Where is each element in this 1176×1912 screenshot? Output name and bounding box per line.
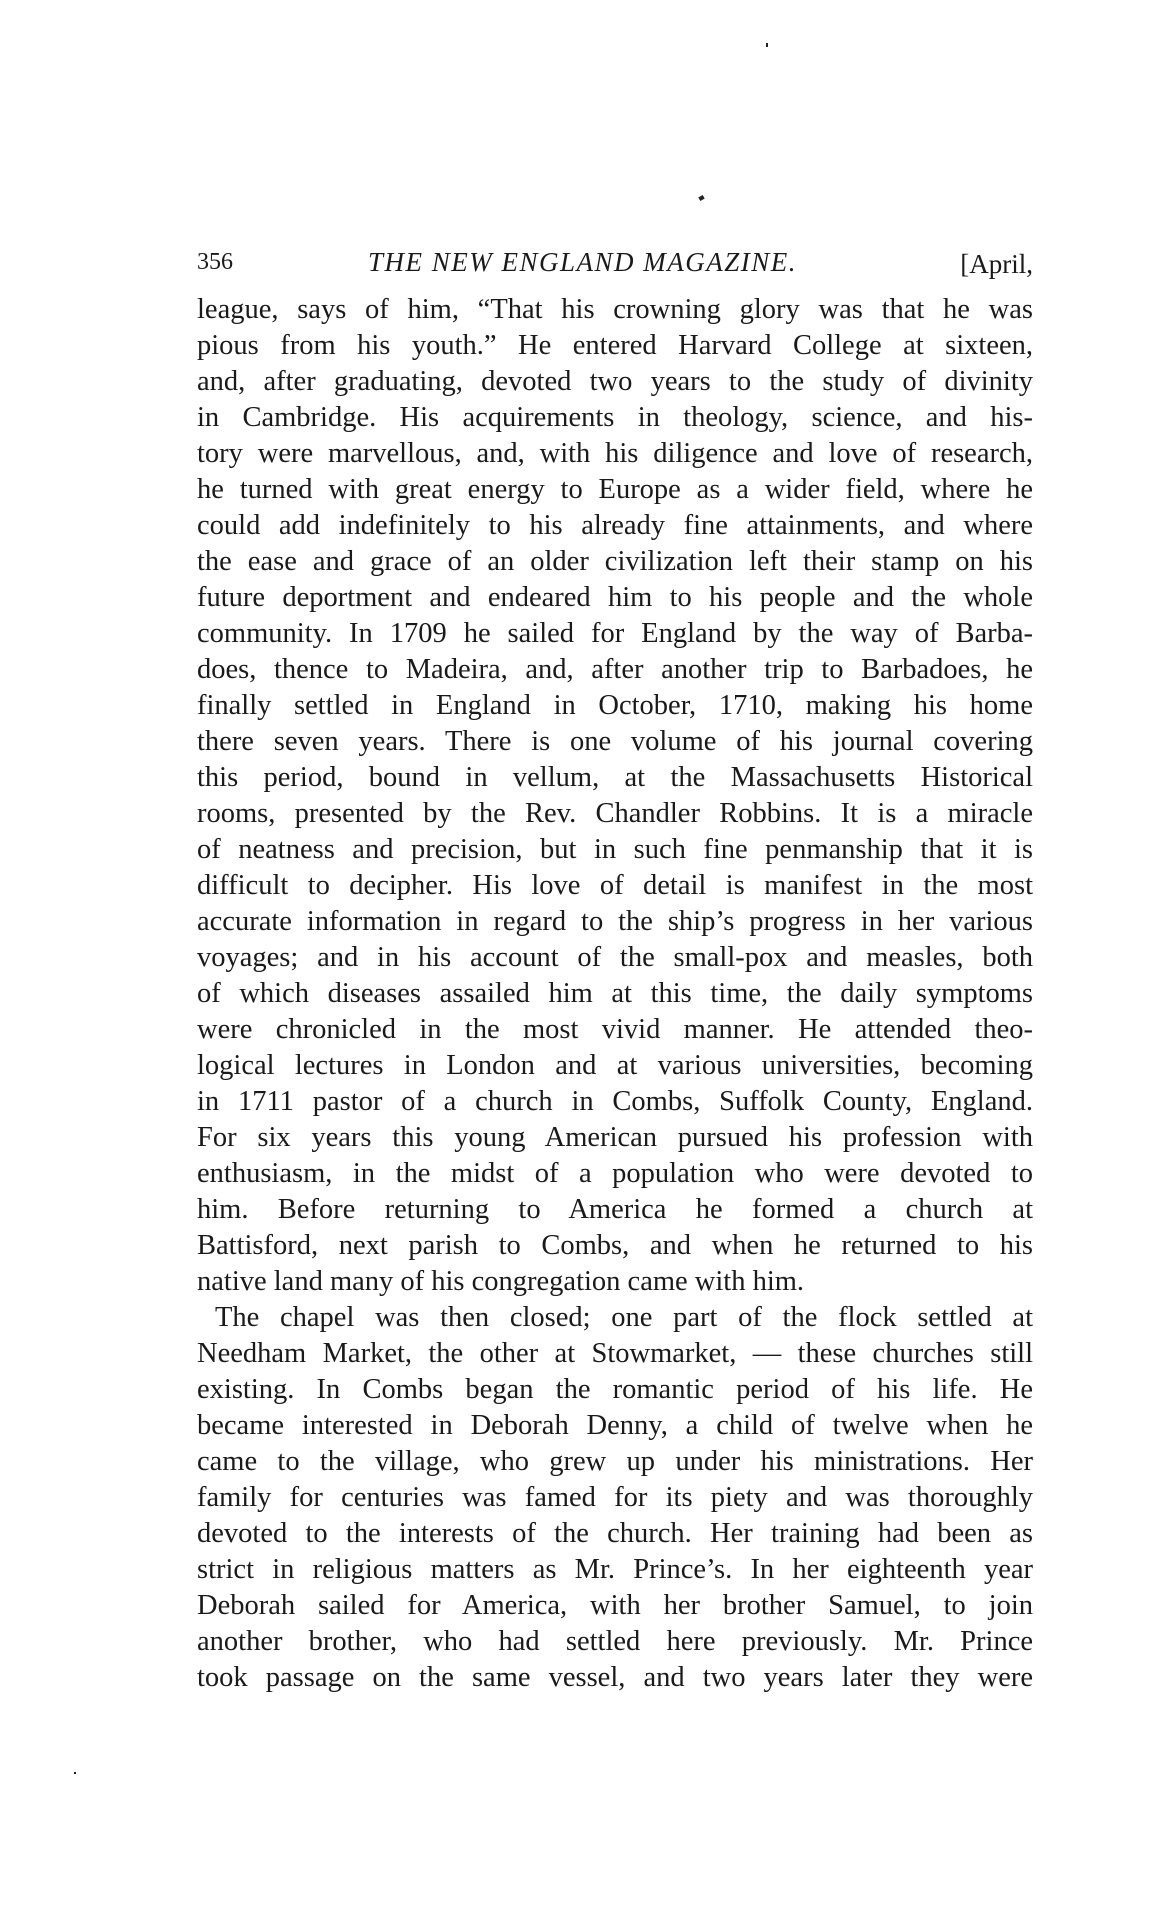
- text-line: in 1711 pastor of a church in Combs, Suf…: [197, 1084, 1033, 1120]
- text-line: and, after graduating, devoted two years…: [197, 364, 1033, 400]
- text-line: Battisford, next parish to Combs, and wh…: [197, 1228, 1033, 1264]
- paragraph: The chapel was then closed; one part of …: [197, 1300, 1033, 1696]
- text-line: tory were marvellous, and, with his dili…: [197, 436, 1033, 472]
- text-line: of which diseases assailed him at this t…: [197, 976, 1033, 1012]
- text-line: pious from his youth.” He entered Harvar…: [197, 328, 1033, 364]
- text-line: enthusiasm, in the midst of a population…: [197, 1156, 1033, 1192]
- text-line: future deportment and endeared him to hi…: [197, 580, 1033, 616]
- text-line: the ease and grace of an older civilizat…: [197, 544, 1033, 580]
- running-title: THE NEW ENGLAND MAGAZINE.: [368, 246, 797, 278]
- text-line: league, says of him, “That his crowning …: [197, 292, 1033, 328]
- text-line: does, thence to Madeira, and, after anot…: [197, 652, 1033, 688]
- text-line: existing. In Combs began the romantic pe…: [197, 1372, 1033, 1408]
- text-line: difficult to decipher. His love of detai…: [197, 868, 1033, 904]
- text-line: devoted to the interests of the church. …: [197, 1516, 1033, 1552]
- text-line: accurate information in regard to the sh…: [197, 904, 1033, 940]
- text-line: Deborah sailed for America, with her bro…: [197, 1588, 1033, 1624]
- article-body: league, says of him, “That his crowning …: [197, 292, 1033, 1696]
- scan-speck: [766, 43, 768, 47]
- scan-speck: [698, 195, 704, 201]
- text-line: another brother, who had settled here pr…: [197, 1624, 1033, 1660]
- text-line: The chapel was then closed; one part of …: [197, 1300, 1033, 1336]
- text-line: could add indefinitely to his already fi…: [197, 508, 1033, 544]
- text-line: finally settled in England in October, 1…: [197, 688, 1033, 724]
- text-line: he turned with great energy to Europe as…: [197, 472, 1033, 508]
- text-line: For six years this young American pursue…: [197, 1120, 1033, 1156]
- text-line: rooms, presented by the Rev. Chandler Ro…: [197, 796, 1033, 832]
- text-line: were chronicled in the most vivid manner…: [197, 1012, 1033, 1048]
- text-line: there seven years. There is one volume o…: [197, 724, 1033, 760]
- text-line: family for centuries was famed for its p…: [197, 1480, 1033, 1516]
- text-line: Needham Market, the other at Stowmarket,…: [197, 1336, 1033, 1372]
- text-line: strict in religious matters as Mr. Princ…: [197, 1552, 1033, 1588]
- text-line: native land many of his congregation cam…: [197, 1264, 1033, 1300]
- text-line: took passage on the same vessel, and two…: [197, 1660, 1033, 1696]
- scan-speck: [74, 1772, 76, 1774]
- text-line: became interested in Deborah Denny, a ch…: [197, 1408, 1033, 1444]
- page-header: 356 THE NEW ENGLAND MAGAZINE. [April,: [197, 246, 1033, 278]
- text-line: this period, bound in vellum, at the Mas…: [197, 760, 1033, 796]
- text-line: voyages; and in his account of the small…: [197, 940, 1033, 976]
- page-number: 356: [197, 246, 233, 278]
- text-line: logical lectures in London and at variou…: [197, 1048, 1033, 1084]
- paragraph: league, says of him, “That his crowning …: [197, 292, 1033, 1300]
- text-line: community. In 1709 he sailed for England…: [197, 616, 1033, 652]
- text-line: came to the village, who grew up under h…: [197, 1444, 1033, 1480]
- section-date: [April,: [960, 248, 1033, 280]
- text-line: him. Before returning to America he form…: [197, 1192, 1033, 1228]
- text-line: in Cambridge. His acquirements in theolo…: [197, 400, 1033, 436]
- text-line: of neatness and precision, but in such f…: [197, 832, 1033, 868]
